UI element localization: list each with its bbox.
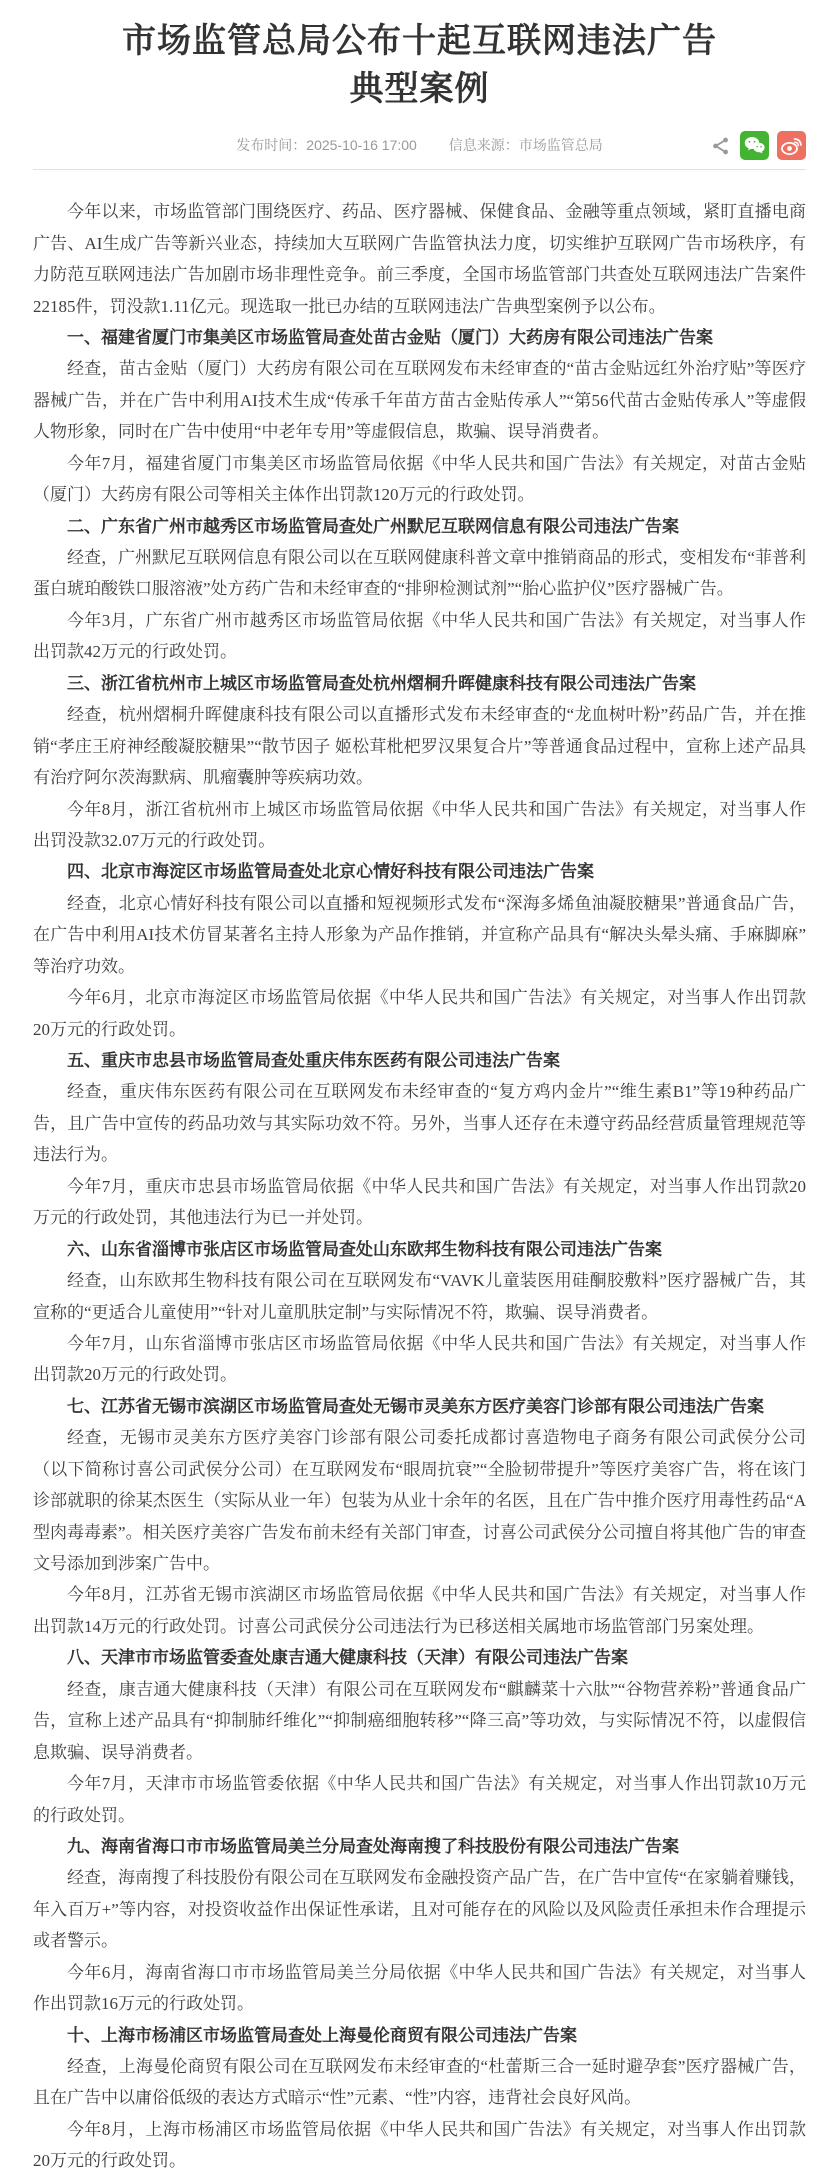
case-heading-2: 二、广东省广州市越秀区市场监管局查处广州默尼互联网信息有限公司违法广告案: [33, 511, 806, 542]
article-content: 今年以来，市场监管部门围绕医疗、药品、医疗器械、保健食品、金融等重点领域，紧盯直…: [33, 170, 806, 2177]
case-paragraph: 今年7月，山东省淄博市张店区市场监管局依据《中华人民共和国广告法》有关规定，对当…: [33, 1328, 806, 1391]
info-source: 信息来源：市场监管总局: [449, 137, 603, 153]
case-heading-3: 三、浙江省杭州市上城区市场监管局查处杭州熠桐升晖健康科技有限公司违法广告案: [33, 668, 806, 699]
case-paragraph: 经查，苗古金贴（厦门）大药房有限公司在互联网发布未经审查的“苗古金贴远红外治疗贴…: [33, 353, 806, 447]
share-icon[interactable]: [710, 135, 732, 157]
article-page: 市场监管总局公布十起互联网违法广告典型案例 发布时间：2025-10-16 17…: [0, 18, 839, 2177]
case-paragraph: 经查，无锡市灵美东方医疗美容门诊部有限公司委托成都讨喜造物电子商务有限公司武侯分…: [33, 1422, 806, 1579]
page-title: 市场监管总局公布十起互联网违法广告典型案例: [112, 18, 727, 113]
case-paragraph: 经查，广州默尼互联网信息有限公司以在互联网健康科普文章中推销商品的形式，变相发布…: [33, 542, 806, 605]
case-paragraph: 今年6月，北京市海淀区市场监管局依据《中华人民共和国广告法》有关规定，对当事人作…: [33, 982, 806, 1045]
case-heading-4: 四、北京市海淀区市场监管局查处北京心情好科技有限公司违法广告案: [33, 856, 806, 887]
case-paragraph: 经查，山东欧邦生物科技有限公司在互联网发布“VAVK儿童装医用硅酮胶敷料”医疗器…: [33, 1265, 806, 1328]
case-heading-5: 五、重庆市忠县市场监管局查处重庆伟东医药有限公司违法广告案: [33, 1045, 806, 1076]
case-paragraph: 经查，海南搜了科技股份有限公司在互联网发布金融投资产品广告，在广告中宣传“在家躺…: [33, 1862, 806, 1956]
case-paragraph: 经查，上海曼伦商贸有限公司在互联网发布未经审查的“杜蕾斯三合一延时避孕套”医疗器…: [33, 2051, 806, 2114]
case-heading-9: 九、海南省海口市市场监管局美兰分局查处海南搜了科技股份有限公司违法广告案: [33, 1831, 806, 1862]
case-paragraph: 经查，北京心情好科技有限公司以直播和短视频形式发布“深海多烯鱼油凝胶糖果”普通食…: [33, 888, 806, 982]
cases: 一、福建省厦门市集美区市场监管局查处苗古金贴（厦门）大药房有限公司违法广告案经查…: [33, 322, 806, 2177]
case-heading-8: 八、天津市市场监管委查处康吉通大健康科技（天津）有限公司违法广告案: [33, 1642, 806, 1673]
case-paragraph: 今年7月，重庆市忠县市场监管局依据《中华人民共和国广告法》有关规定，对当事人作出…: [33, 1171, 806, 1234]
case-paragraph: 经查，重庆伟东医药有限公司在互联网发布未经审查的“复方鸡内金片”“维生素B1”等…: [33, 1076, 806, 1170]
case-paragraph: 今年8月，上海市杨浦区市场监管局依据《中华人民共和国广告法》有关规定，对当事人作…: [33, 2114, 806, 2177]
case-heading-1: 一、福建省厦门市集美区市场监管局查处苗古金贴（厦门）大药房有限公司违法广告案: [33, 322, 806, 353]
weibo-icon[interactable]: [777, 131, 806, 160]
case-paragraph: 今年7月，天津市市场监管委依据《中华人民共和国广告法》有关规定，对当事人作出罚款…: [33, 1768, 806, 1831]
publish-time: 发布时间：2025-10-16 17:00: [236, 137, 417, 153]
case-paragraph: 今年8月，浙江省杭州市上城区市场监管局依据《中华人民共和国广告法》有关规定，对当…: [33, 794, 806, 857]
intro-paragraph: 今年以来，市场监管部门围绕医疗、药品、医疗器械、保健食品、金融等重点领域，紧盯直…: [33, 196, 806, 322]
case-paragraph: 今年6月，海南省海口市市场监管局美兰分局依据《中华人民共和国广告法》有关规定，对…: [33, 1957, 806, 2020]
case-heading-10: 十、上海市杨浦区市场监管局查处上海曼伦商贸有限公司违法广告案: [33, 2020, 806, 2051]
share-group: [710, 131, 806, 160]
case-paragraph: 今年8月，江苏省无锡市滨湖区市场监管局依据《中华人民共和国广告法》有关规定，对当…: [33, 1579, 806, 1642]
case-paragraph: 今年3月，广东省广州市越秀区市场监管局依据《中华人民共和国广告法》有关规定，对当…: [33, 605, 806, 668]
case-heading-6: 六、山东省淄博市张店区市场监管局查处山东欧邦生物科技有限公司违法广告案: [33, 1234, 806, 1265]
case-heading-7: 七、江苏省无锡市滨湖区市场监管局查处无锡市灵美东方医疗美容门诊部有限公司违法广告…: [33, 1391, 806, 1422]
case-paragraph: 今年7月，福建省厦门市集美区市场监管局依据《中华人民共和国广告法》有关规定，对苗…: [33, 448, 806, 511]
wechat-icon[interactable]: [740, 131, 769, 160]
case-paragraph: 经查，杭州熠桐升晖健康科技有限公司以直播形式发布未经审查的“龙血树叶粉”药品广告…: [33, 699, 806, 793]
meta-bar: 发布时间：2025-10-16 17:00 信息来源：市场监管总局: [33, 119, 806, 169]
case-paragraph: 经查，康吉通大健康科技（天津）有限公司在互联网发布“麒麟菜十六肽”“谷物营养粉”…: [33, 1674, 806, 1768]
